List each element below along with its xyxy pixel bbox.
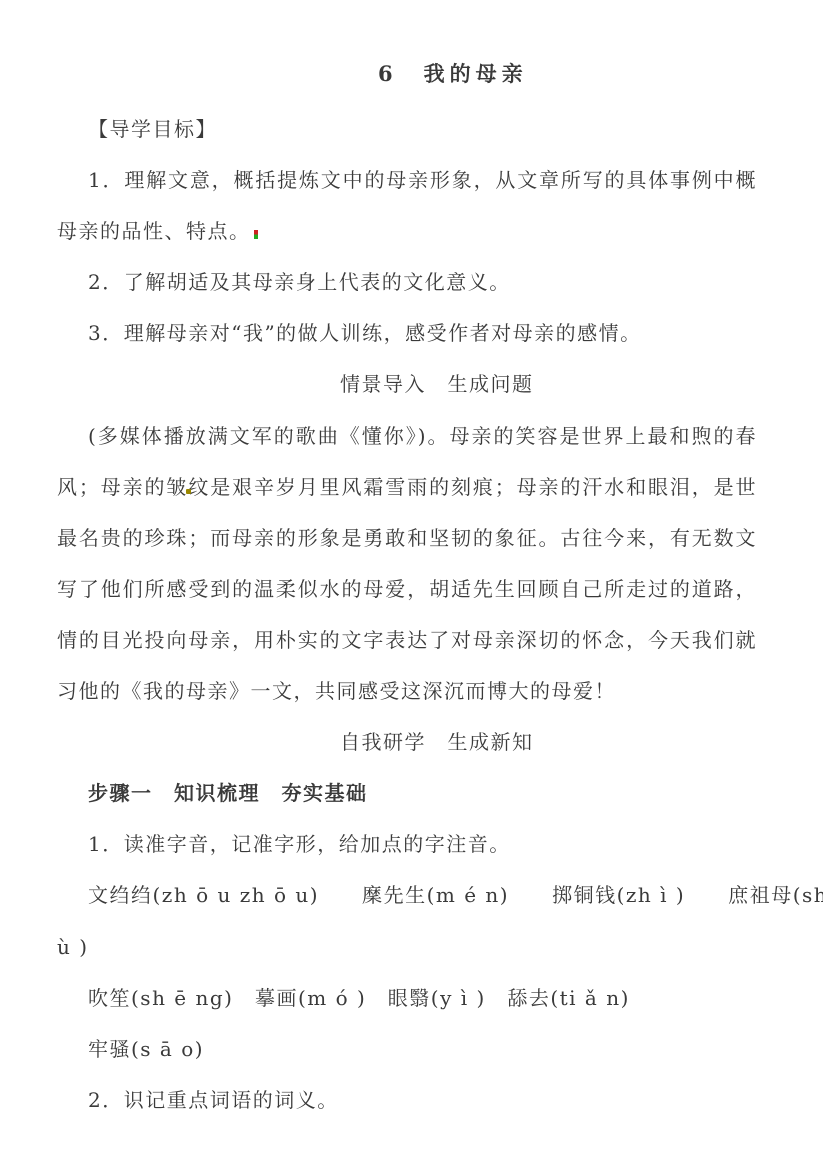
lead-in-line: (多媒体播放满文军的歌曲《懂你》)。母亲的笑容是世界上最和煦的春 — [57, 411, 757, 462]
stray-mark-icon — [254, 230, 258, 239]
objective-line-text: 母亲的品性、特点。 — [57, 219, 251, 243]
lead-in-line: 最名贵的珍珠；而母亲的形象是勇敢和坚韧的象征。古往今来，有无数文人抒 — [57, 513, 757, 564]
lead-in-line: 风；母亲的皱纹是艰辛岁月里风霜雪雨的刻痕；母亲的汗水和眼泪，是世界上 — [57, 462, 757, 513]
pinyin-line: 文绉绉(zh ō u zh ō u) 穈先生(m é n) 掷铜钱(zh ì )… — [57, 870, 757, 921]
lesson-title: 6 我的母亲 — [378, 48, 757, 99]
pinyin-line: 牢骚(s ā o) — [57, 1024, 757, 1075]
worksheet-page: 6 我的母亲 【导学目标】 1．理解文意，概括提炼文中的母亲形象，从文章所写的具… — [0, 0, 823, 1165]
task-line: 2．识记重点词语的词义。 — [57, 1075, 757, 1126]
page-content: 6 我的母亲 【导学目标】 1．理解文意，概括提炼文中的母亲形象，从文章所写的具… — [57, 48, 757, 1126]
objective-line: 2．了解胡适及其母亲身上代表的文化意义。 — [57, 257, 757, 308]
objective-line: 3．理解母亲对“我”的做人训练，感受作者对母亲的感情。 — [57, 308, 757, 359]
objective-line: 1．理解文意，概括提炼文中的母亲形象，从文章所写的具体事例中概括出 — [57, 155, 757, 206]
task-line: 1．读准字音，记准字形，给加点的字注音。 — [57, 819, 757, 870]
lead-in-line: 习他的《我的母亲》一文，共同感受这深沉而博大的母爱！ — [57, 666, 757, 717]
lead-in-line: 情的目光投向母亲，用朴实的文字表达了对母亲深切的怀念，今天我们就来学 — [57, 615, 757, 666]
lead-in-line: 写了他们所感受到的温柔似水的母爱，胡适先生回顾自己所走过的道路，把深 — [57, 564, 757, 615]
self-study-heading: 自我研学 生成新知 — [340, 717, 757, 768]
lead-in-heading: 情景导入 生成问题 — [340, 359, 757, 410]
step-heading: 步骤一 知识梳理 夯实基础 — [57, 768, 757, 819]
stray-mark-icon — [186, 489, 191, 494]
pinyin-line: ù ) — [57, 922, 757, 973]
pinyin-line: 吹笙(sh ē ng) 摹画(m ó ) 眼翳(y ì ) 舔去(ti ǎ n) — [57, 973, 757, 1024]
objectives-header: 【导学目标】 — [57, 104, 757, 155]
objective-line: 母亲的品性、特点。 — [57, 206, 757, 257]
